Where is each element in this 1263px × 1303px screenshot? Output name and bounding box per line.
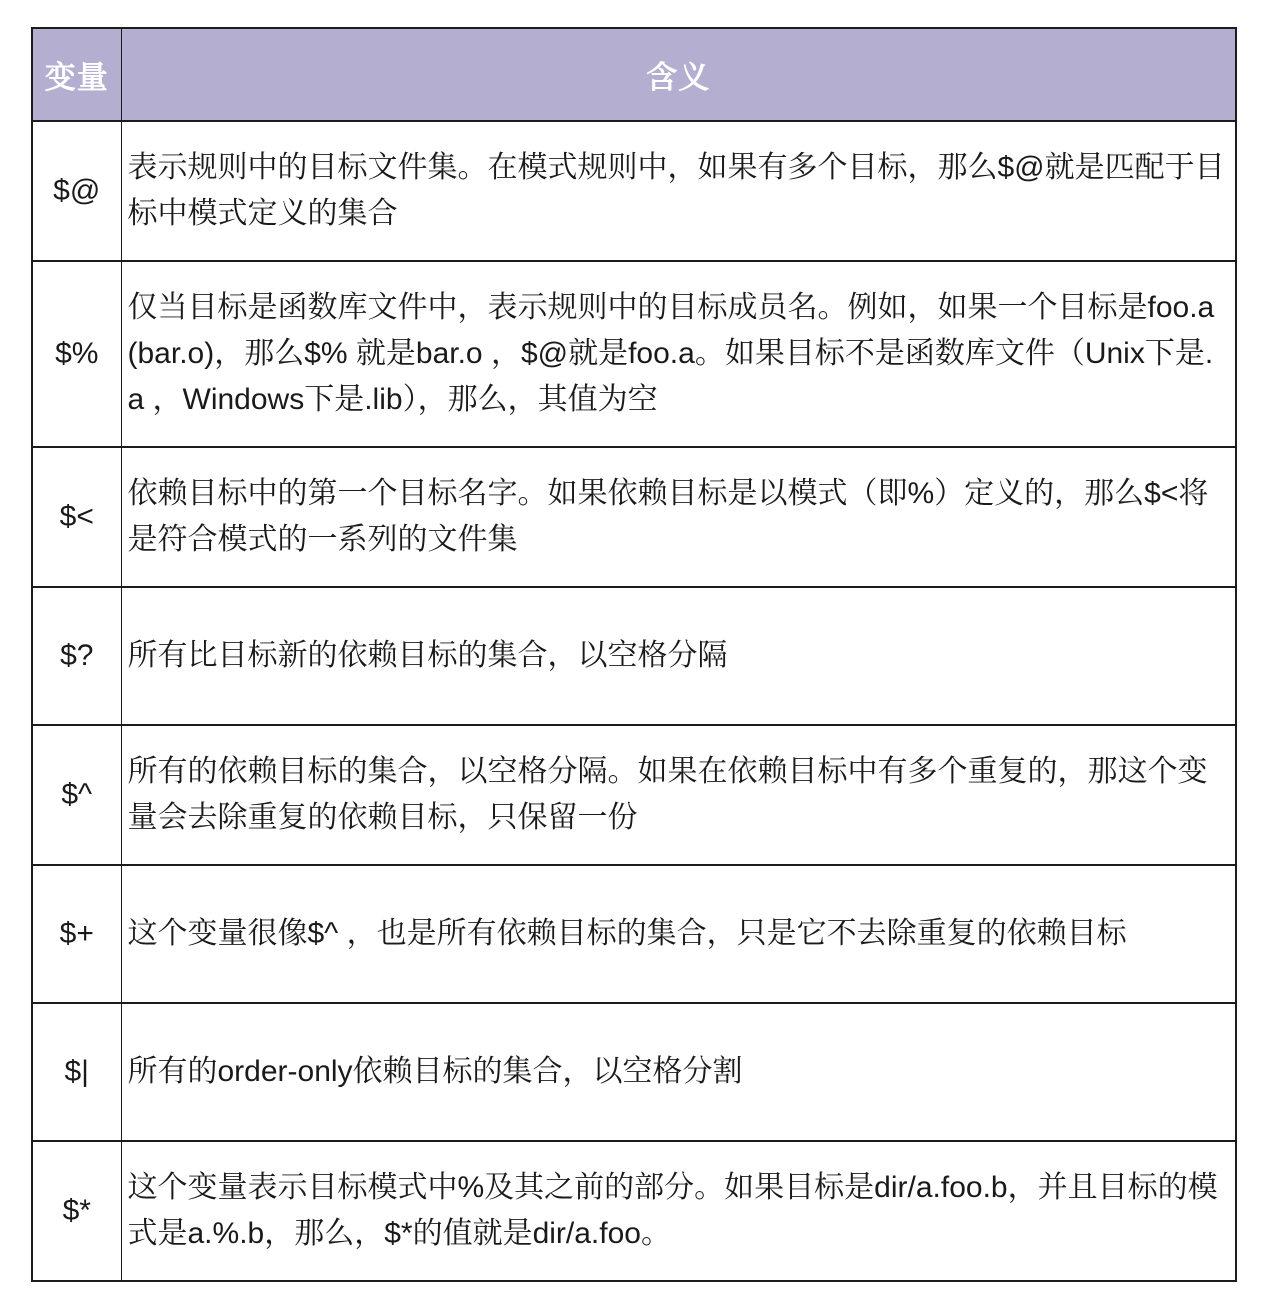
meaning-cell: 这个变量表示目标模式中%及其之前的部分。如果目标是dir/a.foo.b，并且目…: [121, 1141, 1236, 1281]
meaning-cell: 所有的依赖目标的集合，以空格分隔。如果在依赖目标中有多个重复的，那这个变量会去除…: [121, 725, 1236, 865]
variable-cell: $*: [32, 1141, 121, 1281]
variable-cell: $@: [32, 121, 121, 261]
page: 变量 含义 $@ 表示规则中的目标文件集。在模式规则中，如果有多个目标，那么$@…: [0, 0, 1263, 1303]
table-row: $^ 所有的依赖目标的集合，以空格分隔。如果在依赖目标中有多个重复的，那这个变量…: [32, 725, 1236, 865]
table-row: $? 所有比目标新的依赖目标的集合，以空格分隔: [32, 587, 1236, 725]
variable-cell: $<: [32, 447, 121, 587]
table-header-row: 变量 含义: [32, 28, 1236, 121]
variable-cell: $?: [32, 587, 121, 725]
table-row: $| 所有的order-only依赖目标的集合，以空格分割: [32, 1003, 1236, 1141]
table-row: $* 这个变量表示目标模式中%及其之前的部分。如果目标是dir/a.foo.b，…: [32, 1141, 1236, 1281]
variable-cell: $%: [32, 261, 121, 447]
table-row: $% 仅当目标是函数库文件中，表示规则中的目标成员名。例如，如果一个目标是foo…: [32, 261, 1236, 447]
variable-cell: $^: [32, 725, 121, 865]
variable-cell: $|: [32, 1003, 121, 1141]
table-row: $< 依赖目标中的第一个目标名字。如果依赖目标是以模式（即%）定义的，那么$<将…: [32, 447, 1236, 587]
table-row: $@ 表示规则中的目标文件集。在模式规则中，如果有多个目标，那么$@就是匹配于目…: [32, 121, 1236, 261]
makefile-variables-table: 变量 含义 $@ 表示规则中的目标文件集。在模式规则中，如果有多个目标，那么$@…: [31, 27, 1237, 1282]
meaning-cell: 这个变量很像$^ ，也是所有依赖目标的集合，只是它不去除重复的依赖目标: [121, 865, 1236, 1003]
header-cell-meaning: 含义: [121, 28, 1236, 121]
meaning-cell: 依赖目标中的第一个目标名字。如果依赖目标是以模式（即%）定义的，那么$<将是符合…: [121, 447, 1236, 587]
meaning-cell: 表示规则中的目标文件集。在模式规则中，如果有多个目标，那么$@就是匹配于目标中模…: [121, 121, 1236, 261]
meaning-cell: 所有的order-only依赖目标的集合，以空格分割: [121, 1003, 1236, 1141]
table-row: $+ 这个变量很像$^ ，也是所有依赖目标的集合，只是它不去除重复的依赖目标: [32, 865, 1236, 1003]
variable-cell: $+: [32, 865, 121, 1003]
meaning-cell: 所有比目标新的依赖目标的集合，以空格分隔: [121, 587, 1236, 725]
table-body: $@ 表示规则中的目标文件集。在模式规则中，如果有多个目标，那么$@就是匹配于目…: [32, 121, 1236, 1281]
header-cell-variable: 变量: [32, 28, 121, 121]
meaning-cell: 仅当目标是函数库文件中，表示规则中的目标成员名。例如，如果一个目标是foo.a(…: [121, 261, 1236, 447]
